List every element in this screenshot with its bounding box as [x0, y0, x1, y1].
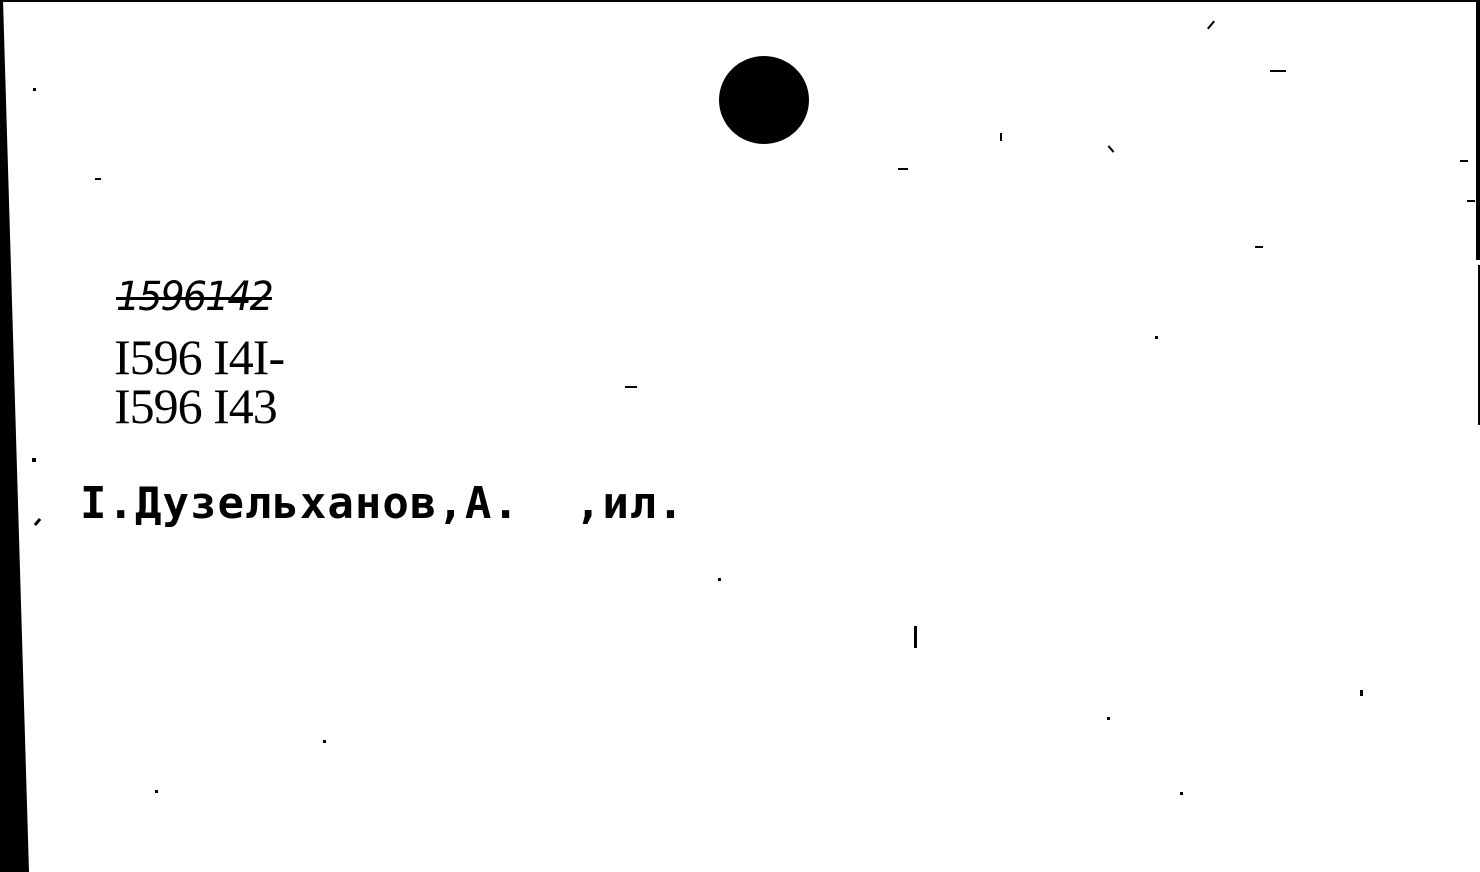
scan-speck — [32, 458, 36, 462]
scan-speck — [625, 386, 637, 388]
scan-speck — [1255, 246, 1263, 248]
scan-speck — [323, 740, 326, 743]
crossed-out-number: 1596142 — [116, 274, 272, 320]
scan-speck — [1207, 21, 1215, 30]
scan-speck — [1000, 133, 1002, 141]
scan-speck — [1108, 145, 1115, 152]
call-number-2: I596 I43 — [114, 381, 277, 431]
scan-speck — [718, 578, 721, 581]
scan-border-left — [0, 0, 40, 872]
scan-speck — [1467, 200, 1475, 202]
scan-speck — [155, 790, 158, 793]
author-entry: I.Дузельханов,А. ,ил. — [80, 478, 685, 529]
scan-border-top — [0, 0, 1480, 2]
call-number-1: I596 I4I- — [114, 332, 284, 382]
scan-speck — [95, 178, 101, 180]
scan-speck — [1360, 690, 1363, 696]
scan-speck — [1107, 717, 1110, 720]
scan-speck — [914, 626, 917, 648]
catalog-card: 1596142 I596 I4I- I596 I43 I.Дузельханов… — [0, 0, 1480, 872]
scan-speck — [1270, 70, 1286, 72]
scan-speck — [1180, 792, 1183, 795]
scan-border-right — [1476, 0, 1480, 260]
scan-speck — [33, 88, 36, 91]
scan-speck — [898, 168, 908, 170]
scan-speck — [1460, 160, 1468, 162]
hole-punch — [719, 56, 809, 144]
scan-speck — [1155, 336, 1158, 339]
